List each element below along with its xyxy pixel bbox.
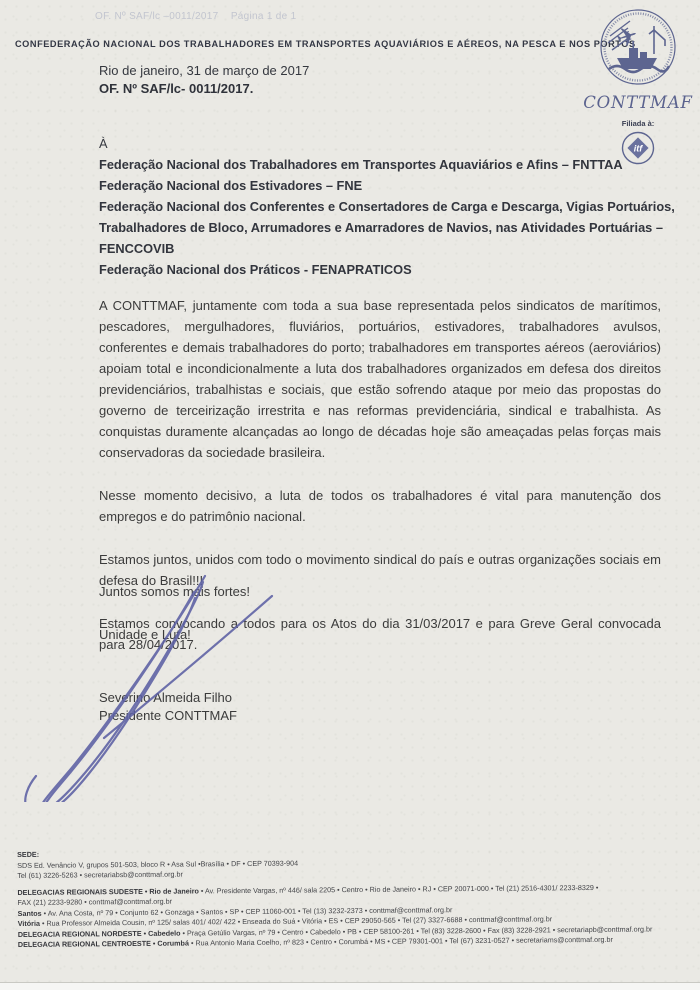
recipient-line: FENCCOVIB	[99, 238, 669, 259]
body-paragraph: Nesse momento decisivo, a luta de todos …	[99, 485, 661, 527]
letter-body: A CONTTMAF, juntamente com toda a sua ba…	[99, 295, 661, 677]
signer-title: Presidente CONTTMAF	[99, 708, 237, 723]
document-reference-header: OF. Nº SAF/lc –0011/2017 Página 1 de 1	[95, 11, 296, 22]
conttmaf-emblem-icon: ✈	[599, 8, 677, 86]
closing-slogan-2: Unidade e Luta!	[99, 627, 191, 642]
footer-line-bold: DELEGACIA REGIONAL CENTROESTE • Corumbá	[18, 939, 189, 949]
salutation: À	[99, 133, 669, 154]
footer-sede-group: SEDE: SDS Ed. Venâncio V, grupos 501-503…	[17, 844, 693, 881]
crane-icon	[649, 26, 665, 54]
footer-line-text: Tel (61) 3226-5263 • secretariabsb@contt…	[17, 870, 183, 880]
footer-line-bold: SEDE:	[17, 850, 39, 859]
footer-line-bold: DELEGACIA REGIONAL NORDESTE • Cabedelo	[18, 928, 181, 938]
recipient-line: Federação Nacional dos Estivadores – FNE	[99, 175, 669, 196]
recipient-line: Federação Nacional dos Conferentes e Con…	[99, 196, 669, 217]
footer-delegacias-group: DELEGACIAS REGIONAIS SUDESTE • Rio de Ja…	[17, 882, 694, 951]
scanned-letter-page: OF. Nº SAF/lc –0011/2017 Página 1 de 1 C…	[0, 0, 700, 990]
footer-line-bold: DELEGACIAS REGIONAIS SUDESTE • Rio de Ja…	[17, 886, 199, 897]
recipient-block: À Federação Nacional dos Trabalhadores e…	[99, 133, 669, 280]
footer-line-bold: Santos	[18, 908, 42, 917]
closing-slogan-1: Juntos somos mais fortes!	[99, 584, 250, 599]
organization-title: CONFEDERAÇÃO NACIONAL DOS TRABALHADORES …	[15, 39, 590, 49]
recipient-line: Trabalhadores de Bloco, Arrumadores e Am…	[99, 217, 669, 238]
signer-name: Severino Almeida Filho	[99, 690, 232, 705]
scan-bottom-edge	[0, 982, 700, 990]
footer-line-bold: Vitória	[18, 919, 40, 928]
office-number-line: OF. Nº SAF/lc- 0011/2017.	[99, 81, 253, 96]
recipient-line: Federação Nacional dos Trabalhadores em …	[99, 154, 669, 175]
letterhead-footer: SEDE: SDS Ed. Venâncio V, grupos 501-503…	[17, 844, 694, 956]
footer-line-text: SDS Ed. Venâncio V, grupos 501-503, bloc…	[17, 858, 298, 869]
date-line: Rio de janeiro, 31 de março de 2017	[99, 63, 309, 78]
body-paragraph: A CONTTMAF, juntamente com toda a sua ba…	[99, 295, 661, 463]
footer-line-text: FAX (21) 2233-9280 • conttmaf@conttmaf.o…	[17, 897, 172, 907]
recipient-line: Federação Nacional dos Práticos - FENAPR…	[99, 259, 669, 280]
affiliation-label: Filiada à:	[583, 119, 693, 128]
footer-line-text: • Av. Presidente Vargas, nº 446/ sala 22…	[199, 882, 599, 894]
conttmaf-wordmark: CONTTMAF	[583, 93, 693, 112]
